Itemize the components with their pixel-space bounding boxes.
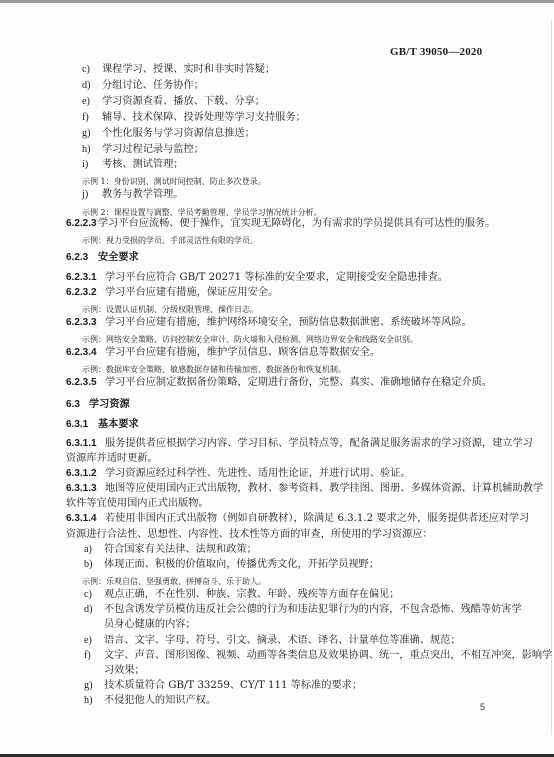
list-continuation: 员身心健康的内容； bbox=[104, 618, 196, 632]
clause-6-2-3-1: 6.2.3.1学习平台应符合 GB/T 20271 等标准的安全要求，定期接受安… bbox=[66, 271, 448, 285]
example-note: 示例：网络安全策略、访问控制安全审计、防火墙和入侵检测、网络边界安全和线路安全识… bbox=[82, 333, 418, 347]
clause-6-2-2-3: 6.2.2.3学习平台应流畅、便于操作，宜实现无障碍化，为有需求的学员提供具有可… bbox=[66, 217, 495, 231]
list-item: f)辅导、技术保障、投诉处理等学习支持服务； bbox=[82, 111, 306, 125]
example-note: 示例：数据库安全策略、敏感数据存储和传输加密、数据备份和恢复机制。 bbox=[82, 363, 346, 377]
example-note: 示例：乐观自信、坚强勇敢、拼搏奋斗、乐于助人。 bbox=[82, 575, 266, 589]
list-item: h)不侵犯他人的知识产权。 bbox=[84, 694, 216, 708]
section-heading-6-3: 6.3学习资源 bbox=[66, 397, 130, 412]
example-note: 示例 1：身份识别、测试时间控制、防止多次登录。 bbox=[82, 175, 266, 189]
list-continuation: 习效果； bbox=[104, 664, 145, 678]
list-item: e)语言、文字、字母、符号、引文、摘录、术语、译名、计量单位等准确、规范； bbox=[84, 634, 461, 648]
section-heading-6-3-1: 6.3.1基本要求 bbox=[66, 417, 139, 432]
list-item: h)学习过程记录与监控； bbox=[82, 143, 204, 157]
top-border bbox=[0, 0, 554, 3]
list-item: f)文字、声音、图形图像、视频、动画等各类信息及效果协调、统一，重点突出，不相互… bbox=[84, 649, 552, 663]
list-item: a)符合国家有关法律、法规和政策； bbox=[84, 543, 257, 557]
list-item: d)分组讨论、任务协作； bbox=[82, 79, 204, 93]
example-note: 示例：视力受损的学员、手部灵活性有限的学员。 bbox=[82, 234, 258, 248]
example-note: 示例：设置认证机制、分级权限管理、操作日志。 bbox=[82, 303, 258, 317]
clause-6-3-1-3: 6.3.1.3地图等应使用国内正式出版物，教材、参考资料、教学挂图、图册、多媒体… bbox=[66, 482, 543, 496]
clause-continuation: 软件等宜使用国内正式出版物。 bbox=[66, 497, 209, 511]
clause-continuation: 资源库并适时更新。 bbox=[66, 452, 158, 466]
list-item: d)不包含诱发学员模仿违反社会公德的行为和违法犯罪行为的内容，不包含恐怖、残酷等… bbox=[84, 603, 522, 617]
clause-6-3-1-2: 6.3.1.2学习资源应经过科学性、先进性、适用性论证，并进行试用、验证。 bbox=[66, 467, 411, 481]
section-heading-6-2-3: 6.2.3安全要求 bbox=[66, 250, 139, 265]
page-number: 5 bbox=[480, 702, 485, 712]
standard-code-header: GB/T 39050—2020 bbox=[390, 46, 482, 58]
list-item: b)体现正面、积极的价值取向，传播优秀文化，开拓学员视野； bbox=[84, 558, 379, 572]
list-item: j)教务与教学管理。 bbox=[82, 188, 184, 202]
clause-continuation: 资源进行合法性、思想性、内容性、技术性等方面的审查，所使用的学习资源应： bbox=[66, 528, 433, 542]
clause-6-2-3-5: 6.2.3.5学习平台应制定数据备份策略，定期进行备份，完整、真实、准确地储存在… bbox=[66, 376, 492, 390]
clause-6-3-1-1: 6.3.1.1服务提供者应根据学习内容、学习目标、学员特点等，配备满足服务需求的… bbox=[66, 437, 533, 451]
page-edge bbox=[551, 20, 552, 735]
clause-6-3-1-4: 6.3.1.4若使用非国内正式出版物（例如自研教材），除满足 6.3.1.2 要… bbox=[66, 512, 529, 526]
list-item: g)技术质量符合 GB/T 33259、CY/T 111 等标准的要求； bbox=[84, 679, 362, 693]
list-item: c)课程学习、授课、实时和非实时答疑； bbox=[82, 63, 275, 77]
clause-6-2-3-2: 6.2.3.2学习平台应建有措施，保证应用安全。 bbox=[66, 286, 278, 300]
list-item: i)考核、测试管理； bbox=[82, 158, 184, 172]
list-item: c)观点正确，不在性别、种族、宗教、年龄、残疾等方面存在偏见； bbox=[84, 588, 399, 602]
list-item: g)个性化服务与学习资源信息推送； bbox=[82, 127, 255, 141]
clause-6-2-3-3: 6.2.3.3学习平台应建有措施，维护网络环境安全，预防信息数据泄密、系统破坏等… bbox=[66, 316, 472, 330]
clause-6-2-3-4: 6.2.3.4学习平台应建有措施，维护学员信息、顾客信息等数据安全。 bbox=[66, 346, 380, 360]
list-item: e)学习资源查看、播放、下载、分享； bbox=[82, 95, 265, 109]
